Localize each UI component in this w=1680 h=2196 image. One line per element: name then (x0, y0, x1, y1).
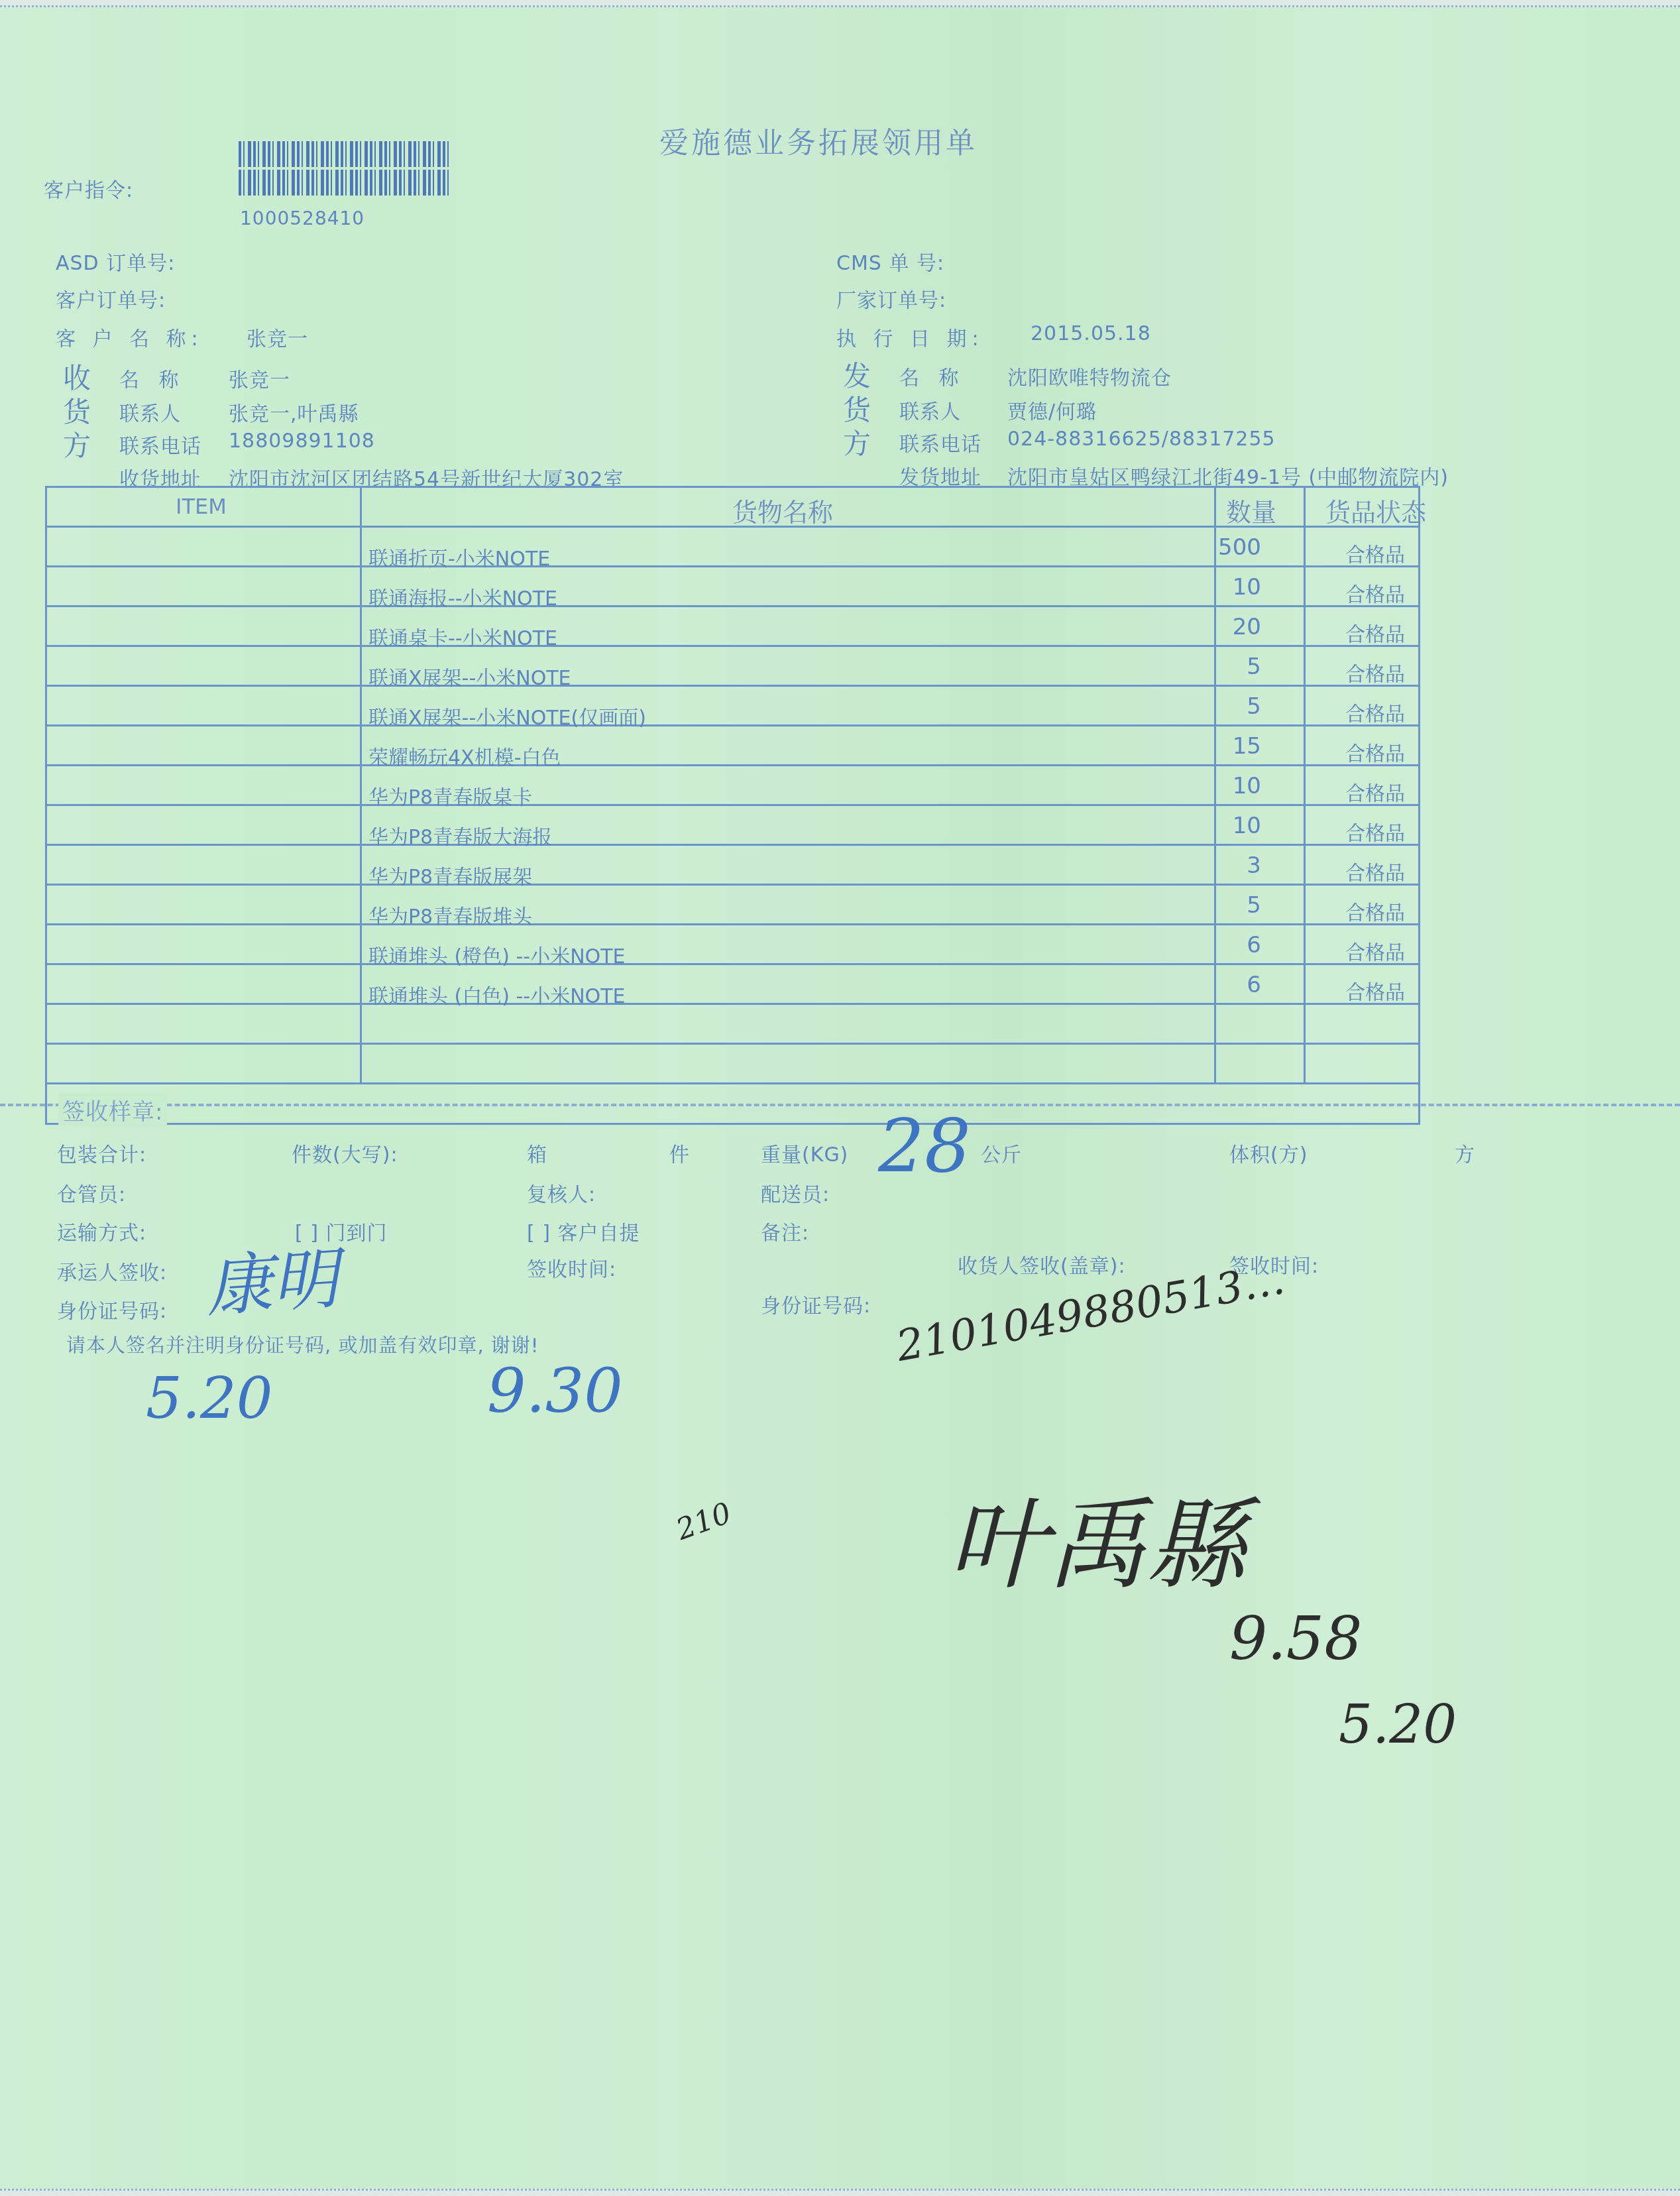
handwritten-date-1: 5.20 (146, 1365, 272, 1432)
receiver-contact-value: 张竞一,叶禹縣 (229, 397, 359, 426)
customer-name-value: 张竞一 (247, 322, 308, 351)
carrier-sign-label: 承运人签收: (57, 1256, 167, 1285)
receiver-phone-value: 18809891108 (229, 430, 375, 453)
table-divider-qty (1304, 486, 1306, 1084)
sender-phone-value: 024-88316625/88317255 (1007, 428, 1276, 451)
signing-notice: 请本人签名并注明身份证号码, 或加盖有效印章, 谢谢! (66, 1331, 539, 1358)
reviewer-label: 复核人: (527, 1178, 596, 1207)
exec-date-label: 执 行 日 期: (836, 322, 984, 351)
self-pickup-checkbox[interactable]: [ ] 客户自提 (527, 1216, 640, 1245)
column-header-status: 货品状态 (1325, 492, 1426, 528)
tractor-edge-bottom (0, 2189, 1680, 2196)
sender-name-value: 沈阳欧唯特物流仓 (1007, 361, 1172, 390)
tractor-edge-top (0, 0, 1680, 7)
customer-name-label: 客 户 名 称: (56, 322, 203, 351)
table-row-line (45, 724, 1420, 726)
table-row-line (45, 1043, 1420, 1045)
goods-status: 合格品 (1345, 777, 1405, 806)
goods-status: 合格品 (1345, 578, 1405, 607)
goods-name: 荣耀畅玩4X机模-白色 (368, 741, 561, 770)
goods-name: 联通桌卡--小米NOTE (368, 622, 557, 651)
table-row-line (45, 1003, 1420, 1005)
document-title: 爱施德业务拓展领用单 (659, 119, 978, 162)
goods-qty: 5 (1182, 892, 1261, 919)
table-row-line (45, 685, 1420, 687)
goods-name: 华为P8青春版桌卡 (368, 781, 532, 810)
packing-total-label: 包装合计: (57, 1138, 146, 1167)
goods-status: 合格品 (1345, 817, 1405, 846)
sign-time-label: 签收时间: (527, 1253, 616, 1282)
column-header-item: ITEM (176, 494, 227, 519)
receiver-name-label: 名 称 (119, 363, 186, 392)
table-row-line (45, 884, 1420, 886)
id-number-label-right: 身份证号码: (761, 1289, 871, 1318)
pieces-label: 件数(大写): (292, 1138, 398, 1167)
factory-order-label: 厂家订单号: (836, 284, 946, 313)
goods-name: 联通堆头 (白色) --小米NOTE (368, 980, 625, 1009)
receiver-side-char-3: 方 (63, 424, 91, 464)
goods-qty: 6 (1182, 932, 1261, 958)
volume-label: 体积(方) (1229, 1138, 1308, 1167)
goods-status: 合格品 (1345, 856, 1405, 886)
customer-instruction-label: 客户指令: (44, 174, 133, 203)
perforation-line (0, 1104, 1680, 1106)
deliverer-label: 配送员: (761, 1178, 830, 1207)
volume-unit: 方 (1455, 1138, 1475, 1167)
warehouse-keeper-label: 仓管员: (57, 1178, 126, 1207)
table-row-line (45, 963, 1420, 965)
exec-date-value: 2015.05.18 (1031, 322, 1151, 345)
sender-phone-label: 联系电话 (899, 428, 981, 457)
box-label: 箱 (527, 1138, 547, 1167)
goods-qty: 10 (1182, 773, 1261, 799)
goods-qty: 3 (1182, 852, 1261, 879)
table-row-line (45, 764, 1420, 766)
goods-name: 华为P8青春版大海报 (368, 821, 552, 850)
barcode-number: 1000528410 (240, 207, 364, 229)
goods-qty: 15 (1182, 733, 1261, 760)
goods-name: 联通X展架--小米NOTE(仅画面) (368, 701, 646, 730)
goods-qty: 10 (1182, 813, 1261, 839)
goods-status: 合格品 (1345, 618, 1405, 647)
goods-status: 合格品 (1345, 896, 1405, 925)
receiver-signature: 叶禹縣 (948, 1465, 1246, 1608)
table-row-line (45, 565, 1420, 567)
handwritten-date-3: 9.58 (1229, 1604, 1362, 1674)
handwritten-weight: 28 (878, 1104, 971, 1188)
piece-label: 件 (669, 1138, 690, 1167)
receiver-sign-label: 收货人签收(盖章): (958, 1249, 1126, 1279)
id-number-label-left: 身份证号码: (57, 1295, 167, 1324)
transport-label: 运输方式: (57, 1216, 146, 1245)
sender-contact-value: 贾德/何璐 (1007, 395, 1097, 424)
goods-qty: 20 (1182, 614, 1261, 640)
handwritten-date-4: 5.20 (1339, 1694, 1457, 1755)
carrier-signature: 康明 (202, 1225, 341, 1330)
goods-name: 联通折页-小米NOTE (368, 542, 550, 571)
sender-side-char-3: 方 (843, 422, 871, 462)
column-header-name: 货物名称 (732, 492, 833, 528)
goods-name: 华为P8青春版展架 (368, 860, 532, 890)
goods-status: 合格品 (1345, 737, 1405, 766)
goods-name: 联通X展架--小米NOTE (368, 662, 571, 691)
goods-name: 联通海报--小米NOTE (368, 582, 557, 611)
weight-unit: 公斤 (981, 1138, 1022, 1167)
sender-name-label: 名 称 (899, 361, 966, 390)
goods-status: 合格品 (1345, 936, 1405, 965)
column-header-qty: 数量 (1226, 492, 1276, 528)
goods-qty: 5 (1182, 654, 1261, 680)
goods-qty: 500 (1182, 534, 1261, 561)
goods-status: 合格品 (1345, 976, 1405, 1005)
table-row-line (45, 804, 1420, 806)
cms-label: CMS 单 号: (836, 247, 944, 276)
weight-label: 重量(KG) (761, 1138, 848, 1167)
table-row-line (45, 605, 1420, 607)
table-row-line (45, 645, 1420, 647)
goods-name: 联通堆头 (橙色) --小米NOTE (368, 940, 625, 969)
sender-contact-label: 联系人 (899, 395, 961, 424)
table-row-line (45, 1082, 1420, 1084)
asd-order-label: ASD 订单号: (56, 247, 175, 276)
remarks-label: 备注: (761, 1216, 809, 1245)
stamp-label: 签收样章: (58, 1094, 167, 1126)
receiver-contact-label: 联系人 (119, 397, 181, 426)
goods-status: 合格品 (1345, 658, 1405, 687)
receiver-name-value: 张竞一 (229, 363, 290, 392)
goods-qty: 10 (1182, 574, 1261, 601)
customer-order-label: 客户订单号: (56, 284, 166, 313)
table-row-line (45, 844, 1420, 846)
table-row-line (45, 923, 1420, 925)
handwritten-date-2: 9.30 (487, 1356, 623, 1426)
table-divider-item (360, 486, 362, 1084)
goods-name: 华为P8青春版堆头 (368, 900, 532, 929)
goods-status: 合格品 (1345, 538, 1405, 567)
goods-status: 合格品 (1345, 697, 1405, 726)
barcode-icon (239, 141, 452, 196)
goods-qty: 5 (1182, 693, 1261, 720)
receiver-phone-label: 联系电话 (119, 430, 201, 459)
goods-qty: 6 (1182, 972, 1261, 998)
